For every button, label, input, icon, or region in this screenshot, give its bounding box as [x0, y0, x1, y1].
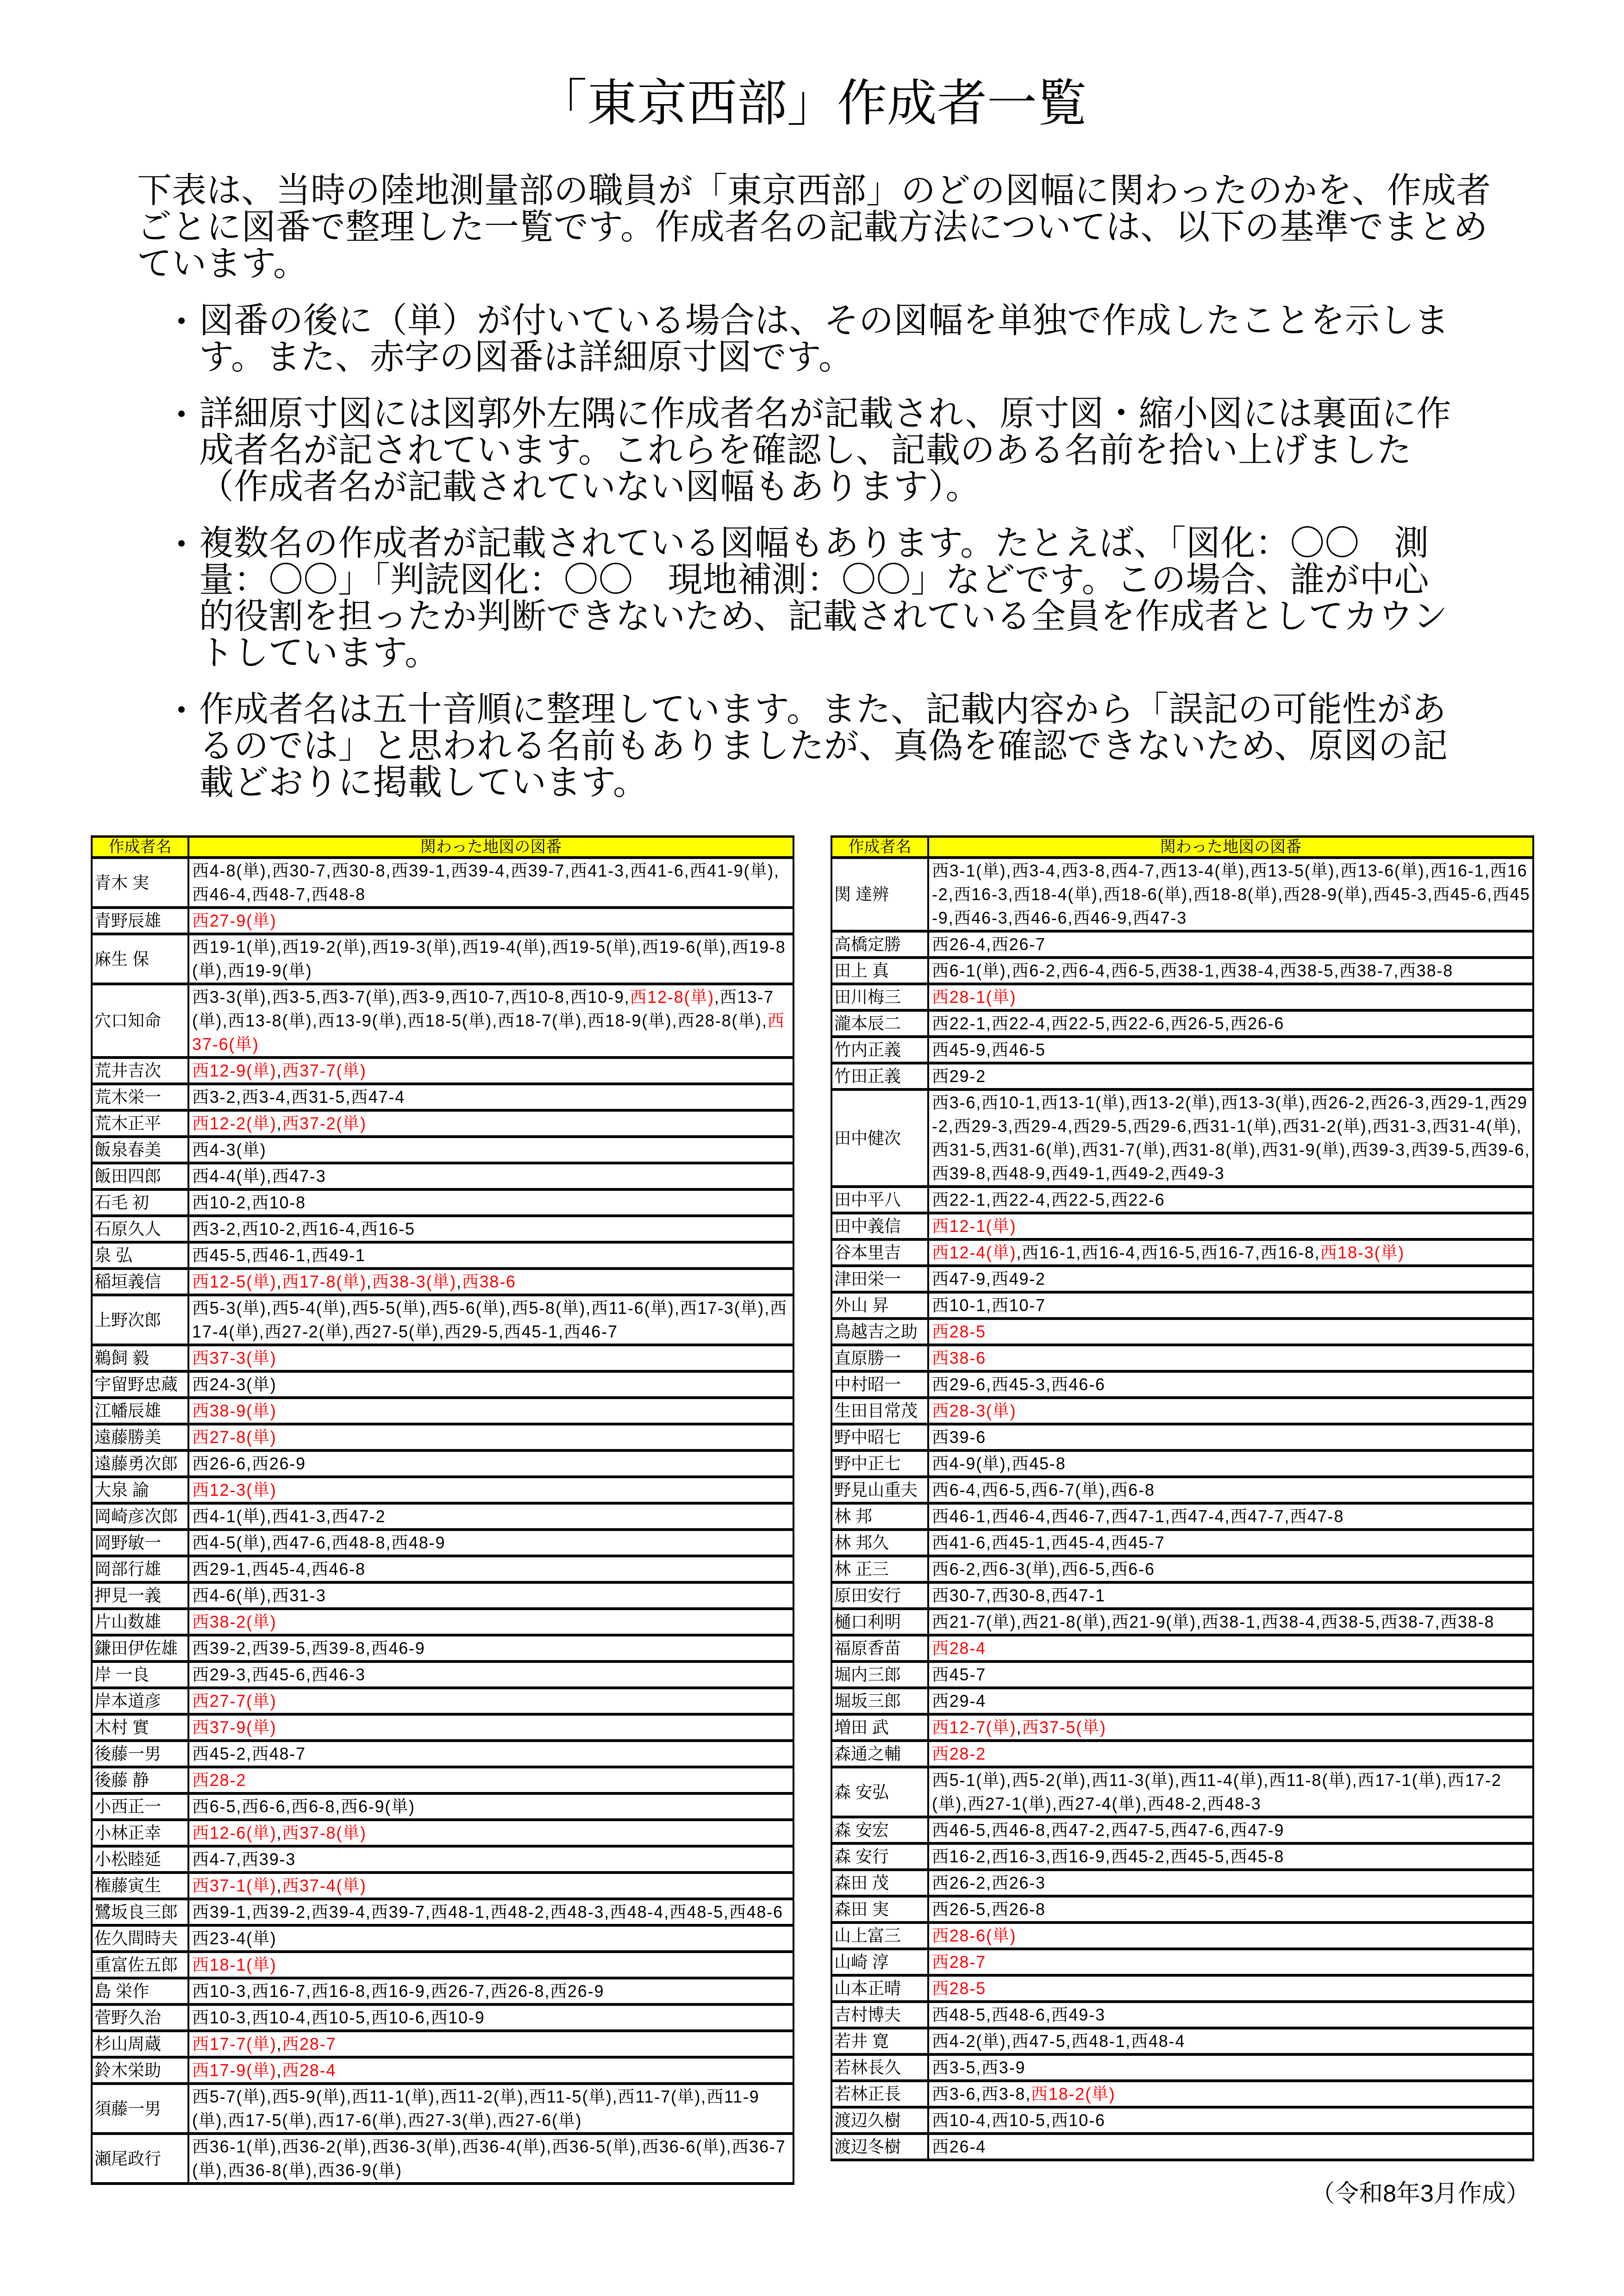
map-number: 西39-6	[932, 1428, 986, 1447]
map-number: 西48-6	[992, 2005, 1046, 2024]
separator: ,	[1245, 861, 1250, 880]
map-number-list: 西45-2,西48-7	[189, 1742, 794, 1768]
creator-name: 中村昭一	[832, 1373, 929, 1399]
map-number: 西46-4	[192, 885, 246, 904]
note-text: 複数名の作成者が記載されている図幅もあります。たとえば、「図化：〇〇 測量：〇〇…	[199, 525, 1461, 671]
map-number: 西3-2	[192, 1220, 236, 1238]
separator: ,	[426, 1299, 431, 1318]
separator: ,	[1066, 2032, 1071, 2051]
separator: ,	[1106, 861, 1111, 880]
intro-paragraph: 下表は、当時の陸地測量部の職員が「東京西部」のどの図幅に関わったのかを、作成者ご…	[137, 172, 1498, 282]
separator: ,	[1256, 1140, 1262, 1159]
map-number: 西10-3	[192, 2008, 246, 2027]
map-number: 西26-5	[932, 1900, 986, 1919]
creator-name: 青野辰雄	[93, 909, 189, 935]
map-number: 西16-8	[1261, 1243, 1315, 1262]
separator: ,	[425, 1903, 431, 1922]
separator: ,	[1352, 1771, 1358, 1790]
map-number: 西48-2	[1148, 1794, 1202, 1813]
map-number: 西6-4	[1061, 961, 1105, 980]
map-number: 西36-3(単)	[372, 2137, 456, 2156]
creators-table-right: 作成者名 関わった地図の図番 関 達辨西3-1(単),西3-4,西3-8,西4-…	[831, 835, 1534, 2161]
separator: ,	[222, 2161, 228, 2180]
separator: ,	[1425, 861, 1430, 880]
separator: ,	[986, 1269, 992, 1288]
map-number: 西16-8	[312, 1982, 366, 2001]
separator: ,	[1427, 885, 1433, 904]
map-number: 西39-1	[192, 1903, 246, 1922]
creator-name: 石原久人	[93, 1217, 189, 1244]
map-number: 西38-8	[1440, 1612, 1494, 1631]
map-number-list: 西3-6,西10-1,西13-1(単),西13-2(単),西13-3(単),西2…	[929, 1091, 1534, 1188]
map-number: 西5-4(単)	[272, 1299, 346, 1318]
map-number: 西13-9(単)	[318, 1011, 402, 1030]
separator: ,	[246, 1744, 252, 1763]
map-number: 西41-9(単)	[690, 861, 774, 880]
map-number-detailed: 西27-9(単)	[192, 911, 276, 930]
map-number: 西26-9	[550, 1982, 604, 2001]
creator-name: 江幡辰雄	[93, 1399, 189, 1425]
creator-row: 遠藤勝美西27-8(単)	[93, 1425, 794, 1452]
separator: ,	[1215, 961, 1220, 980]
separator: ,	[1155, 861, 1161, 880]
creator-row: 小西正一西6-5,西6-6,西6-8,西6-9(単)	[93, 1795, 794, 1821]
separator: ,	[1487, 885, 1493, 904]
map-number: 西11-4(単)	[1180, 1771, 1263, 1790]
separator: ,	[312, 2161, 318, 2180]
creator-row: 福原香苗西28-4	[832, 1636, 1534, 1663]
map-number: 西47-3	[1133, 908, 1187, 927]
map-number: 西48-6	[729, 1903, 783, 1922]
separator: ,	[1202, 1794, 1207, 1813]
map-number-list: 西22-1,西22-4,西22-5,西22-6,西26-5,西26-6	[929, 1012, 1534, 1038]
creator-row: 木村 實西37-9(単)	[93, 1716, 794, 1742]
creator-name: 竹田正義	[832, 1064, 929, 1091]
separator: ,	[312, 2111, 318, 2130]
map-number: 西19-9(単)	[228, 961, 312, 980]
creator-row: 島 栄作西10-3,西16-7,西16-8,西16-9,西26-7,西26-8,…	[93, 1979, 794, 2006]
map-number: 西10-7	[992, 1296, 1046, 1315]
separator: ,	[1274, 961, 1280, 980]
map-number-list: 西17-7(単),西28-7	[189, 2032, 794, 2059]
creator-name: 荒井吉次	[93, 1059, 189, 1085]
map-number-detailed: 西38-6	[932, 1349, 986, 1368]
separator: ,	[1016, 1612, 1022, 1631]
creator-row: 鷺坂良三郎西39-1,西39-2,西39-4,西39-7,西48-1,西48-2…	[93, 1900, 794, 1927]
creator-name: 鷺坂良三郎	[93, 1900, 189, 1927]
separator: ,	[1335, 861, 1340, 880]
separator: ,	[246, 1665, 252, 1684]
map-number-detailed: 西12-6(単)	[192, 1823, 276, 1842]
creator-row: 飯田四郎西4-4(単),西47-3	[93, 1164, 794, 1191]
map-number-list: 西4-7,西39-3	[189, 1848, 794, 1874]
creator-row: 生田目常茂西28-3(単)	[832, 1399, 1534, 1425]
creator-row: 押見一義西4-6(単),西31-3	[93, 1584, 794, 1610]
map-number: 西39-5	[1411, 1140, 1465, 1159]
map-number: 西10-8	[252, 1193, 306, 1212]
separator: ,	[544, 1982, 550, 2001]
map-number-list: 西24-3(単)	[189, 1373, 794, 1399]
creator-row: 岡野敏一西4-5(単),西47-6,西48-8,西48-9	[93, 1531, 794, 1557]
separator: ,	[366, 1903, 371, 1922]
map-number-list: 西30-7,西30-8,西47-1	[929, 1584, 1534, 1610]
map-number-list: 西10-3,西16-7,西16-8,西16-9,西26-7,西26-8,西26-…	[189, 1979, 794, 2006]
separator: ,	[1016, 1243, 1022, 1262]
separator: ,	[1435, 1612, 1440, 1631]
map-number: 西38-5	[1321, 1612, 1375, 1631]
map-number: 西49-1	[1051, 1164, 1106, 1183]
separator: ,	[456, 2137, 462, 2156]
separator: ,	[276, 1114, 282, 1133]
map-number: 西6-8	[1111, 1481, 1155, 1500]
separator: ,	[306, 1982, 312, 2001]
map-number: 西5-6(単)	[431, 1299, 506, 1318]
separator: ,	[949, 1117, 954, 1136]
creator-name: 樋口利明	[832, 1610, 929, 1636]
creator-row: 稲垣義信西12-5(単),西17-8(単),西38-3(単),西38-6	[93, 1270, 794, 1296]
separator: ,	[396, 988, 401, 1007]
separator: ,	[276, 2137, 282, 2156]
map-number-detailed: 西17-9(単)	[192, 2061, 276, 2080]
map-number: 西3-2	[192, 1088, 236, 1107]
map-number: 西36-2(単)	[282, 2137, 366, 2156]
map-number: 西4-2(単)	[932, 2032, 1006, 2051]
separator: ,	[402, 2111, 408, 2130]
map-number: 西48-7	[252, 885, 306, 904]
creator-name: 麻生 保	[93, 935, 189, 985]
creator-row: 野見山重夫西6-4,西6-5,西6-7(単),西6-8	[832, 1478, 1534, 1505]
creator-row: 田川梅三西28-1(単)	[832, 985, 1534, 1012]
map-number-list: 西38-2(単)	[189, 1610, 794, 1636]
map-number-detailed: 西37-3(単)	[192, 1349, 276, 1368]
map-number: 西16-4	[1081, 1243, 1136, 1262]
creator-name: 外山 昇	[832, 1294, 929, 1320]
separator: ,	[625, 861, 630, 880]
map-number: 西10-9	[431, 2008, 485, 2027]
map-number-detailed: 西28-6(単)	[932, 1926, 1016, 1945]
separator: ,	[267, 1586, 272, 1605]
map-number: 西29-6	[932, 1375, 986, 1394]
creator-row: 泉 弘西45-5,西46-1,西49-1	[93, 1244, 794, 1270]
creator-row: 森通之輔西28-2	[832, 1742, 1534, 1768]
creator-row: 瀬尾政行西36-1(単),西36-2(単),西36-3(単),西36-4(単),…	[93, 2135, 794, 2185]
column-header-map-numbers: 関わった地図の図番	[189, 838, 794, 859]
map-number: 西28-8(単)	[677, 1011, 762, 1030]
column-header-map-numbers: 関わった地図の図番	[929, 838, 1534, 859]
separator: ,	[316, 988, 322, 1007]
map-number: 西5-8(単)	[512, 1299, 586, 1318]
separator: ,	[1016, 1718, 1022, 1737]
map-number-list: 西26-5,西26-8	[929, 1898, 1534, 1924]
separator: ,	[986, 1847, 992, 1866]
separator: ,	[1106, 1612, 1112, 1631]
map-number-detailed: 西37-2(単)	[282, 1114, 366, 1133]
map-number-list: 西27-7(単)	[189, 1689, 794, 1716]
creator-row: 原田安行西30-7,西30-8,西47-1	[832, 1584, 1534, 1610]
page-title: 「東京西部」作成者一覧	[0, 73, 1624, 133]
map-number: 西16-2	[932, 1847, 986, 1866]
map-number-detailed: 西18-3(単)	[1320, 1243, 1405, 1262]
map-number: 西47-7	[1230, 1507, 1284, 1526]
map-number-list: 西48-5,西48-6,西49-3	[929, 2003, 1534, 2029]
creator-name: 須藤一男	[93, 2085, 189, 2135]
map-number-list: 西28-2	[189, 1768, 794, 1795]
separator: ,	[276, 1272, 282, 1291]
separator: ,	[439, 1322, 444, 1341]
creator-row: 小松睦延西4-7,西39-3	[93, 1848, 794, 1874]
map-number: 西21-9(単)	[1112, 1612, 1196, 1631]
creator-name: 森田 実	[832, 1898, 929, 1924]
map-number: 西46-8	[992, 1821, 1046, 1840]
map-number: 西45-7	[932, 1665, 986, 1684]
creator-row: 谷本里吉西12-4(単),西16-1,西16-4,西16-5,西16-7,西16…	[832, 1241, 1534, 1267]
map-number: 西10-6	[371, 2008, 425, 2027]
map-number-list: 西28-5	[929, 1977, 1534, 2003]
separator: ,	[485, 1903, 491, 1922]
map-number: 西48-4	[610, 1903, 664, 1922]
map-number-detailed: 西37-1(単)	[192, 1876, 276, 1895]
map-number: 西36-5(単)	[552, 2137, 636, 2156]
map-number: 西16-5	[361, 1220, 415, 1238]
map-number-list: 西12-3(単)	[189, 1478, 794, 1505]
separator: ,	[1393, 961, 1399, 980]
map-number-list: 西16-2,西16-3,西16-9,西45-2,西45-5,西45-8	[929, 1845, 1534, 1871]
creator-name: 荒木正平	[93, 1112, 189, 1138]
creator-name: 福原香苗	[832, 1636, 929, 1663]
map-number: 西19-4(単)	[462, 938, 546, 957]
separator: ,	[1056, 1560, 1062, 1579]
map-number-detailed: 西37-4(単)	[282, 1876, 366, 1895]
map-number-detailed: 西27-7(単)	[192, 1692, 276, 1711]
creator-name: 野見山重夫	[832, 1478, 929, 1505]
map-number: 西4-5(単)	[192, 1533, 267, 1552]
creator-name: 遠藤勇次郎	[93, 1452, 189, 1478]
map-number: 西18-9(単)	[587, 1011, 672, 1030]
map-number: 西26-6	[1230, 1014, 1284, 1033]
separator: ,	[976, 2058, 981, 2077]
separator: ,	[356, 1220, 361, 1238]
map-number-list: 西26-4,西26-7	[929, 933, 1534, 959]
map-number: 西27-2(単)	[264, 1322, 349, 1341]
map-number: 西22-4	[992, 1014, 1046, 1033]
creator-row: 権藤寅生西37-1(単),西37-4(単)	[93, 1874, 794, 1900]
map-number: 西26-4	[932, 2137, 986, 2156]
map-number: 西5-9(単)	[272, 2087, 346, 2106]
creator-row: 外山 昇西10-1,西10-7	[832, 1294, 1534, 1320]
map-number: 西46-1	[932, 1507, 986, 1526]
separator: ,	[276, 1876, 282, 1895]
map-number-list: 西37-9(単)	[189, 1716, 794, 1742]
map-number: 西16-1	[1430, 861, 1484, 880]
map-number: 西6-3(単)	[981, 1560, 1056, 1579]
map-number: 西48-3	[550, 1903, 604, 1922]
creator-name: 瀬尾政行	[93, 2135, 189, 2185]
separator: ,	[986, 1900, 992, 1919]
map-number: 西6-8	[291, 1797, 335, 1816]
creator-row: 岡崎彦次郎西4-1(単),西41-3,西47-2	[93, 1505, 794, 1531]
map-number: 西47-6	[1171, 1821, 1225, 1840]
creator-name: 林 正三	[832, 1557, 929, 1584]
creator-row: 林 邦西46-1,西46-4,西46-7,西47-1,西47-4,西47-7,西…	[832, 1505, 1534, 1531]
map-number: 西5-7(単)	[192, 2087, 267, 2106]
separator: ,	[236, 1850, 242, 1869]
separator: ,	[367, 2137, 372, 2156]
separator: ,	[345, 1088, 351, 1107]
separator: ,	[1006, 861, 1012, 880]
map-number: 西21-7(単)	[932, 1612, 1016, 1631]
separator: ,	[1125, 1093, 1131, 1112]
creator-row: 鳥越吉之助西28-5	[832, 1320, 1534, 1346]
creator-row: 田中義信西12-1(単)	[832, 1214, 1534, 1241]
creator-name: 渡辺久樹	[832, 2109, 929, 2135]
creator-name: 小林正幸	[93, 1821, 189, 1848]
map-number: 西41-3	[272, 1507, 326, 1526]
map-number: 西41-3	[570, 861, 625, 880]
map-number: 西49-3	[1171, 1164, 1225, 1183]
creator-row: 堀坂三郎西29-4	[832, 1689, 1534, 1716]
map-number-list: 西28-3(単)	[929, 1399, 1534, 1425]
map-number: 西29-3	[954, 1117, 1008, 1136]
separator: ,	[524, 2087, 529, 2106]
separator: ,	[1517, 1117, 1522, 1136]
map-number-list: 西45-9,西46-5	[929, 1038, 1534, 1064]
map-number: 西6-5	[192, 1797, 236, 1816]
map-number: 西26-9	[252, 1454, 306, 1473]
map-number: 西47-9	[932, 1269, 986, 1288]
map-number: 西10-7	[451, 988, 505, 1007]
creator-name: 遠藤勝美	[93, 1425, 189, 1452]
note-item: 図番の後に（単）が付いている場合は、その図幅を単独で作成したことを示します。また…	[164, 302, 1461, 375]
map-number: 西47-2	[331, 1507, 386, 1526]
creator-row: 山本正晴西28-5	[832, 1977, 1534, 2003]
map-number: 西48-1	[431, 1903, 485, 1922]
separator: ,	[582, 1011, 587, 1030]
creator-row: 堀内三郎西45-7	[832, 1663, 1534, 1689]
separator: ,	[1367, 1117, 1373, 1136]
map-number: 西47-8	[1290, 1507, 1344, 1526]
map-number: 西36-8(単)	[228, 2161, 312, 2180]
map-number-detailed: 西12-9(単)	[192, 1061, 276, 1080]
separator: ,	[326, 861, 331, 880]
document-page: 「東京西部」作成者一覧 下表は、当時の陸地測量部の職員が「東京西部」のどの図幅に…	[0, 0, 1624, 2296]
creator-row: 青野辰雄西27-9(単)	[93, 909, 794, 935]
map-number: 西47-4	[351, 1088, 405, 1107]
map-number-list: 西21-7(単),西21-8(単),西21-9(単),西38-1,西38-4,西…	[929, 1610, 1534, 1636]
creator-name: 鳥越吉之助	[832, 1320, 929, 1346]
map-number: 西38-4	[1220, 961, 1274, 980]
map-number: 西3-6	[932, 1093, 976, 1112]
separator: ,	[1155, 961, 1161, 980]
map-number-list: 西4-9(単),西45-8	[929, 1452, 1534, 1478]
map-number: 西4-7	[192, 1850, 236, 1869]
map-number: 西45-2	[1111, 1847, 1165, 1866]
creator-row: 須藤一男西5-7(単),西5-9(単),西11-1(単),西11-2(単),西1…	[93, 2085, 794, 2135]
map-number-list: 西28-2	[929, 1742, 1534, 1768]
separator: ,	[236, 1797, 242, 1816]
separator: ,	[505, 861, 511, 880]
map-number: 西47-9	[1230, 1821, 1284, 1840]
map-number: 西16-7	[252, 1982, 306, 2001]
map-number: 西31-6(単)	[992, 1140, 1076, 1159]
separator: ,	[222, 961, 228, 980]
map-number: 西27-4(単)	[1057, 1794, 1142, 1813]
map-number-detailed: 西38-2(単)	[192, 1612, 276, 1631]
map-number-list: 西3-2,西3-4,西31-5,西47-4	[189, 1085, 794, 1112]
map-number: 西6-2	[932, 1560, 976, 1579]
separator: ,	[246, 2008, 252, 2027]
map-number-list: 西26-4	[929, 2135, 1534, 2161]
creator-name: 森田 茂	[832, 1871, 929, 1898]
map-number: 西19-1(単)	[192, 938, 276, 957]
separator: ,	[246, 885, 252, 904]
map-number-detailed: 西12-4(単)	[932, 1243, 1016, 1262]
separator: ,	[565, 988, 570, 1007]
map-number: 西10-1	[981, 1093, 1036, 1112]
map-number: 西38-7	[1380, 1612, 1435, 1631]
map-number: 西30-8	[992, 1586, 1046, 1605]
creator-row: 菅野久治西10-3,西10-4,西10-5,西10-6,西10-9	[93, 2006, 794, 2032]
map-number: 西13-2(単)	[1131, 1093, 1215, 1112]
creator-name: 林 邦	[832, 1505, 929, 1531]
map-number-detailed: 西17-8(単)	[282, 1272, 366, 1291]
separator: ,	[1106, 1533, 1111, 1552]
map-number: 西48-2	[490, 1903, 544, 1922]
creator-name: 森 安行	[832, 1845, 929, 1871]
map-number: 西11-7(単)	[618, 2087, 701, 2106]
separator: ,	[1068, 908, 1073, 927]
separator: ,	[425, 1982, 431, 2001]
creator-row: 遠藤勇次郎西26-6,西26-9	[93, 1452, 794, 1478]
note-text: 作成者名は五十音順に整理しています。また、記載内容から「誤記の可能性があるのでは…	[199, 691, 1461, 801]
map-number: 西6-7(単)	[1031, 1481, 1106, 1500]
map-number: 西13-8(単)	[228, 1011, 312, 1030]
map-number: 西31-7(単)	[1081, 1140, 1166, 1159]
creator-name: 竹内正義	[832, 1038, 929, 1064]
separator: ,	[986, 1296, 992, 1315]
map-number: 西4-4(単)	[192, 1167, 267, 1186]
map-number: 西45-4	[1051, 1533, 1106, 1552]
map-number: 西27-6(単)	[498, 2111, 582, 2130]
separator: ,	[1127, 908, 1133, 927]
map-number-list: 西29-3,西45-6,西46-3	[189, 1663, 794, 1689]
separator: ,	[1277, 1117, 1282, 1136]
separator: ,	[1106, 1847, 1111, 1866]
creator-row: 森 安弘西5-1(単),西5-2(単),西11-3(単),西11-4(単),西1…	[832, 1768, 1534, 1818]
map-number: 西13-3(単)	[1221, 1093, 1305, 1112]
note-item: 複数名の作成者が記載されている図幅もあります。たとえば、「図化：〇〇 測量：〇〇…	[164, 525, 1461, 671]
separator: ,	[1046, 1507, 1051, 1526]
creator-row: 野中正七西4-9(単),西45-8	[832, 1452, 1534, 1478]
map-number: 西46-3	[312, 1665, 366, 1684]
separator: ,	[1106, 1560, 1111, 1579]
separator: ,	[558, 1322, 564, 1341]
separator: ,	[1346, 1140, 1351, 1159]
separator: ,	[1076, 1140, 1081, 1159]
header-row: 作成者名 関わった地図の図番	[832, 838, 1534, 859]
separator: ,	[565, 861, 570, 880]
separator: ,	[276, 1823, 282, 1842]
map-number: 西47-2	[1051, 1821, 1106, 1840]
map-number: 西18-4(単)	[1013, 885, 1098, 904]
map-number-list: 西3-3(単),西3-5,西3-7(単),西3-9,西10-7,西10-8,西1…	[189, 985, 794, 1059]
map-number: 西17-5(単)	[228, 2111, 312, 2130]
separator: ,	[445, 988, 451, 1007]
map-number: 西38-4	[1262, 1612, 1316, 1631]
note-item: 作成者名は五十音順に整理しています。また、記載内容から「誤記の可能性があるのでは…	[164, 691, 1461, 801]
map-number: 西39-4	[451, 861, 505, 880]
map-number-list: 西28-7	[929, 1950, 1534, 1977]
map-number-list: 西6-2,西6-3(単),西6-5,西6-6	[929, 1557, 1534, 1584]
